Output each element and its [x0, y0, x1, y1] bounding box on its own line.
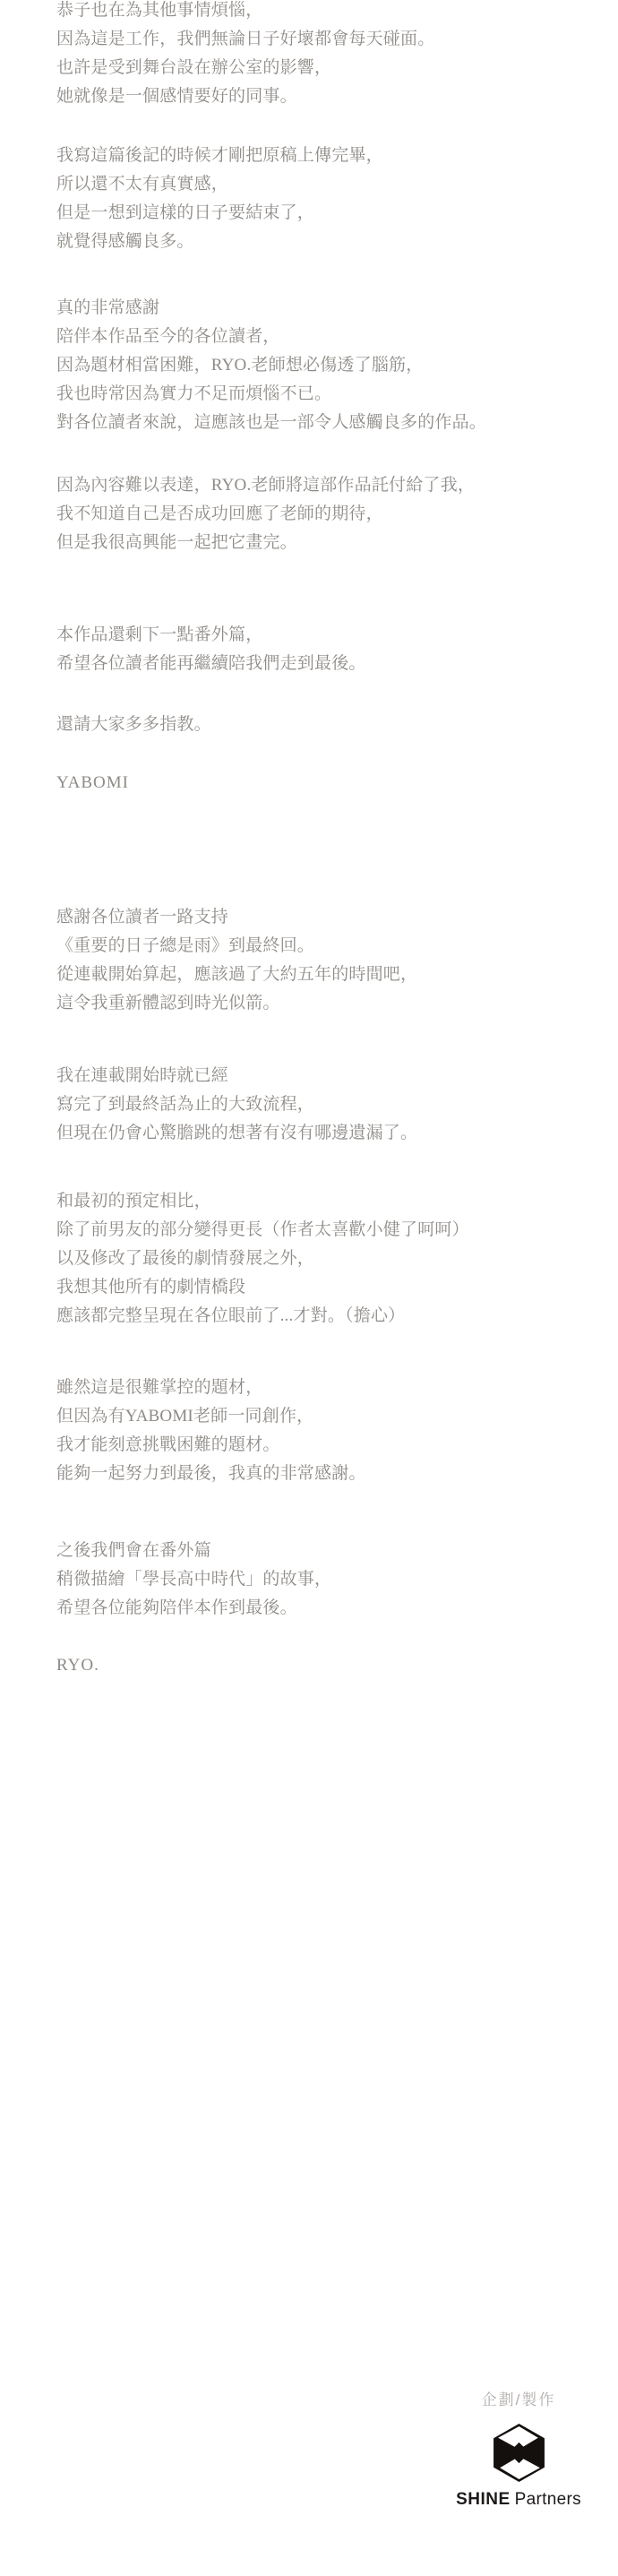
production-credit-block: 企劃/製作 SHINEPartners — [455, 2391, 582, 2510]
afterword-paragraph: 和最初的預定相比， 除了前男友的部分變得更長（作者太喜歡小健了呵呵） 以及修改了… — [56, 1187, 469, 1331]
afterword-paragraph: 因為內容難以表達，RYO.老師將這部作品託付給了我， 我不知道自己是否成功回應了… — [56, 471, 475, 557]
afterword-page: 恭子也在為其他事情煩惱， 因為這是工作，我們無論日子好壞都會每天碰面。 也許是受… — [0, 0, 618, 2576]
afterword-paragraph: 我在連載開始時就已經 寫完了到最終話為止的大致流程， 但現在仍會心驚膽跳的想著有… — [56, 1062, 417, 1148]
company-name-regular: Partners — [515, 2490, 581, 2509]
afterword-paragraph: 感謝各位讀者一路支持 《重要的日子總是雨》到最終回。 從連載開始算起，應該過了大… — [56, 903, 417, 1018]
company-name: SHINEPartners — [455, 2490, 582, 2510]
afterword-paragraph: 本作品還剩下一點番外篇， 希望各位讀者能再繼續陪我們走到最後。 — [56, 621, 366, 678]
credit-label: 企劃/製作 — [455, 2391, 582, 2410]
afterword-paragraph: 雖然這是很難掌控的題材， 但因為有YABOMI老師一同創作， 我才能刻意挑戰困難… — [56, 1374, 366, 1488]
afterword-paragraph: 還請大家多多指教。 — [56, 711, 211, 739]
author-signature: RYO. — [56, 1651, 99, 1680]
afterword-paragraph: 我寫這篇後記的時候才剛把原稿上傳完畢， 所以還不太有真實感， 但是一想到這樣的日… — [56, 142, 383, 256]
afterword-paragraph: 恭子也在為其他事情煩惱， 因為這是工作，我們無論日子好壞都會每天碰面。 也許是受… — [56, 0, 434, 111]
shine-partners-logo-icon — [494, 2424, 545, 2482]
afterword-paragraph: 之後我們會在番外篇 稍微描繪「學長高中時代」的故事， 希望各位能夠陪伴本作到最後… — [56, 1537, 331, 1623]
afterword-paragraph: 真的非常感謝 陪伴本作品至今的各位讀者， 因為題材相當困難，RYO.老師想必傷透… — [56, 294, 486, 437]
company-name-bold: SHINE — [456, 2490, 511, 2509]
artist-signature: YABOMI — [56, 769, 129, 797]
